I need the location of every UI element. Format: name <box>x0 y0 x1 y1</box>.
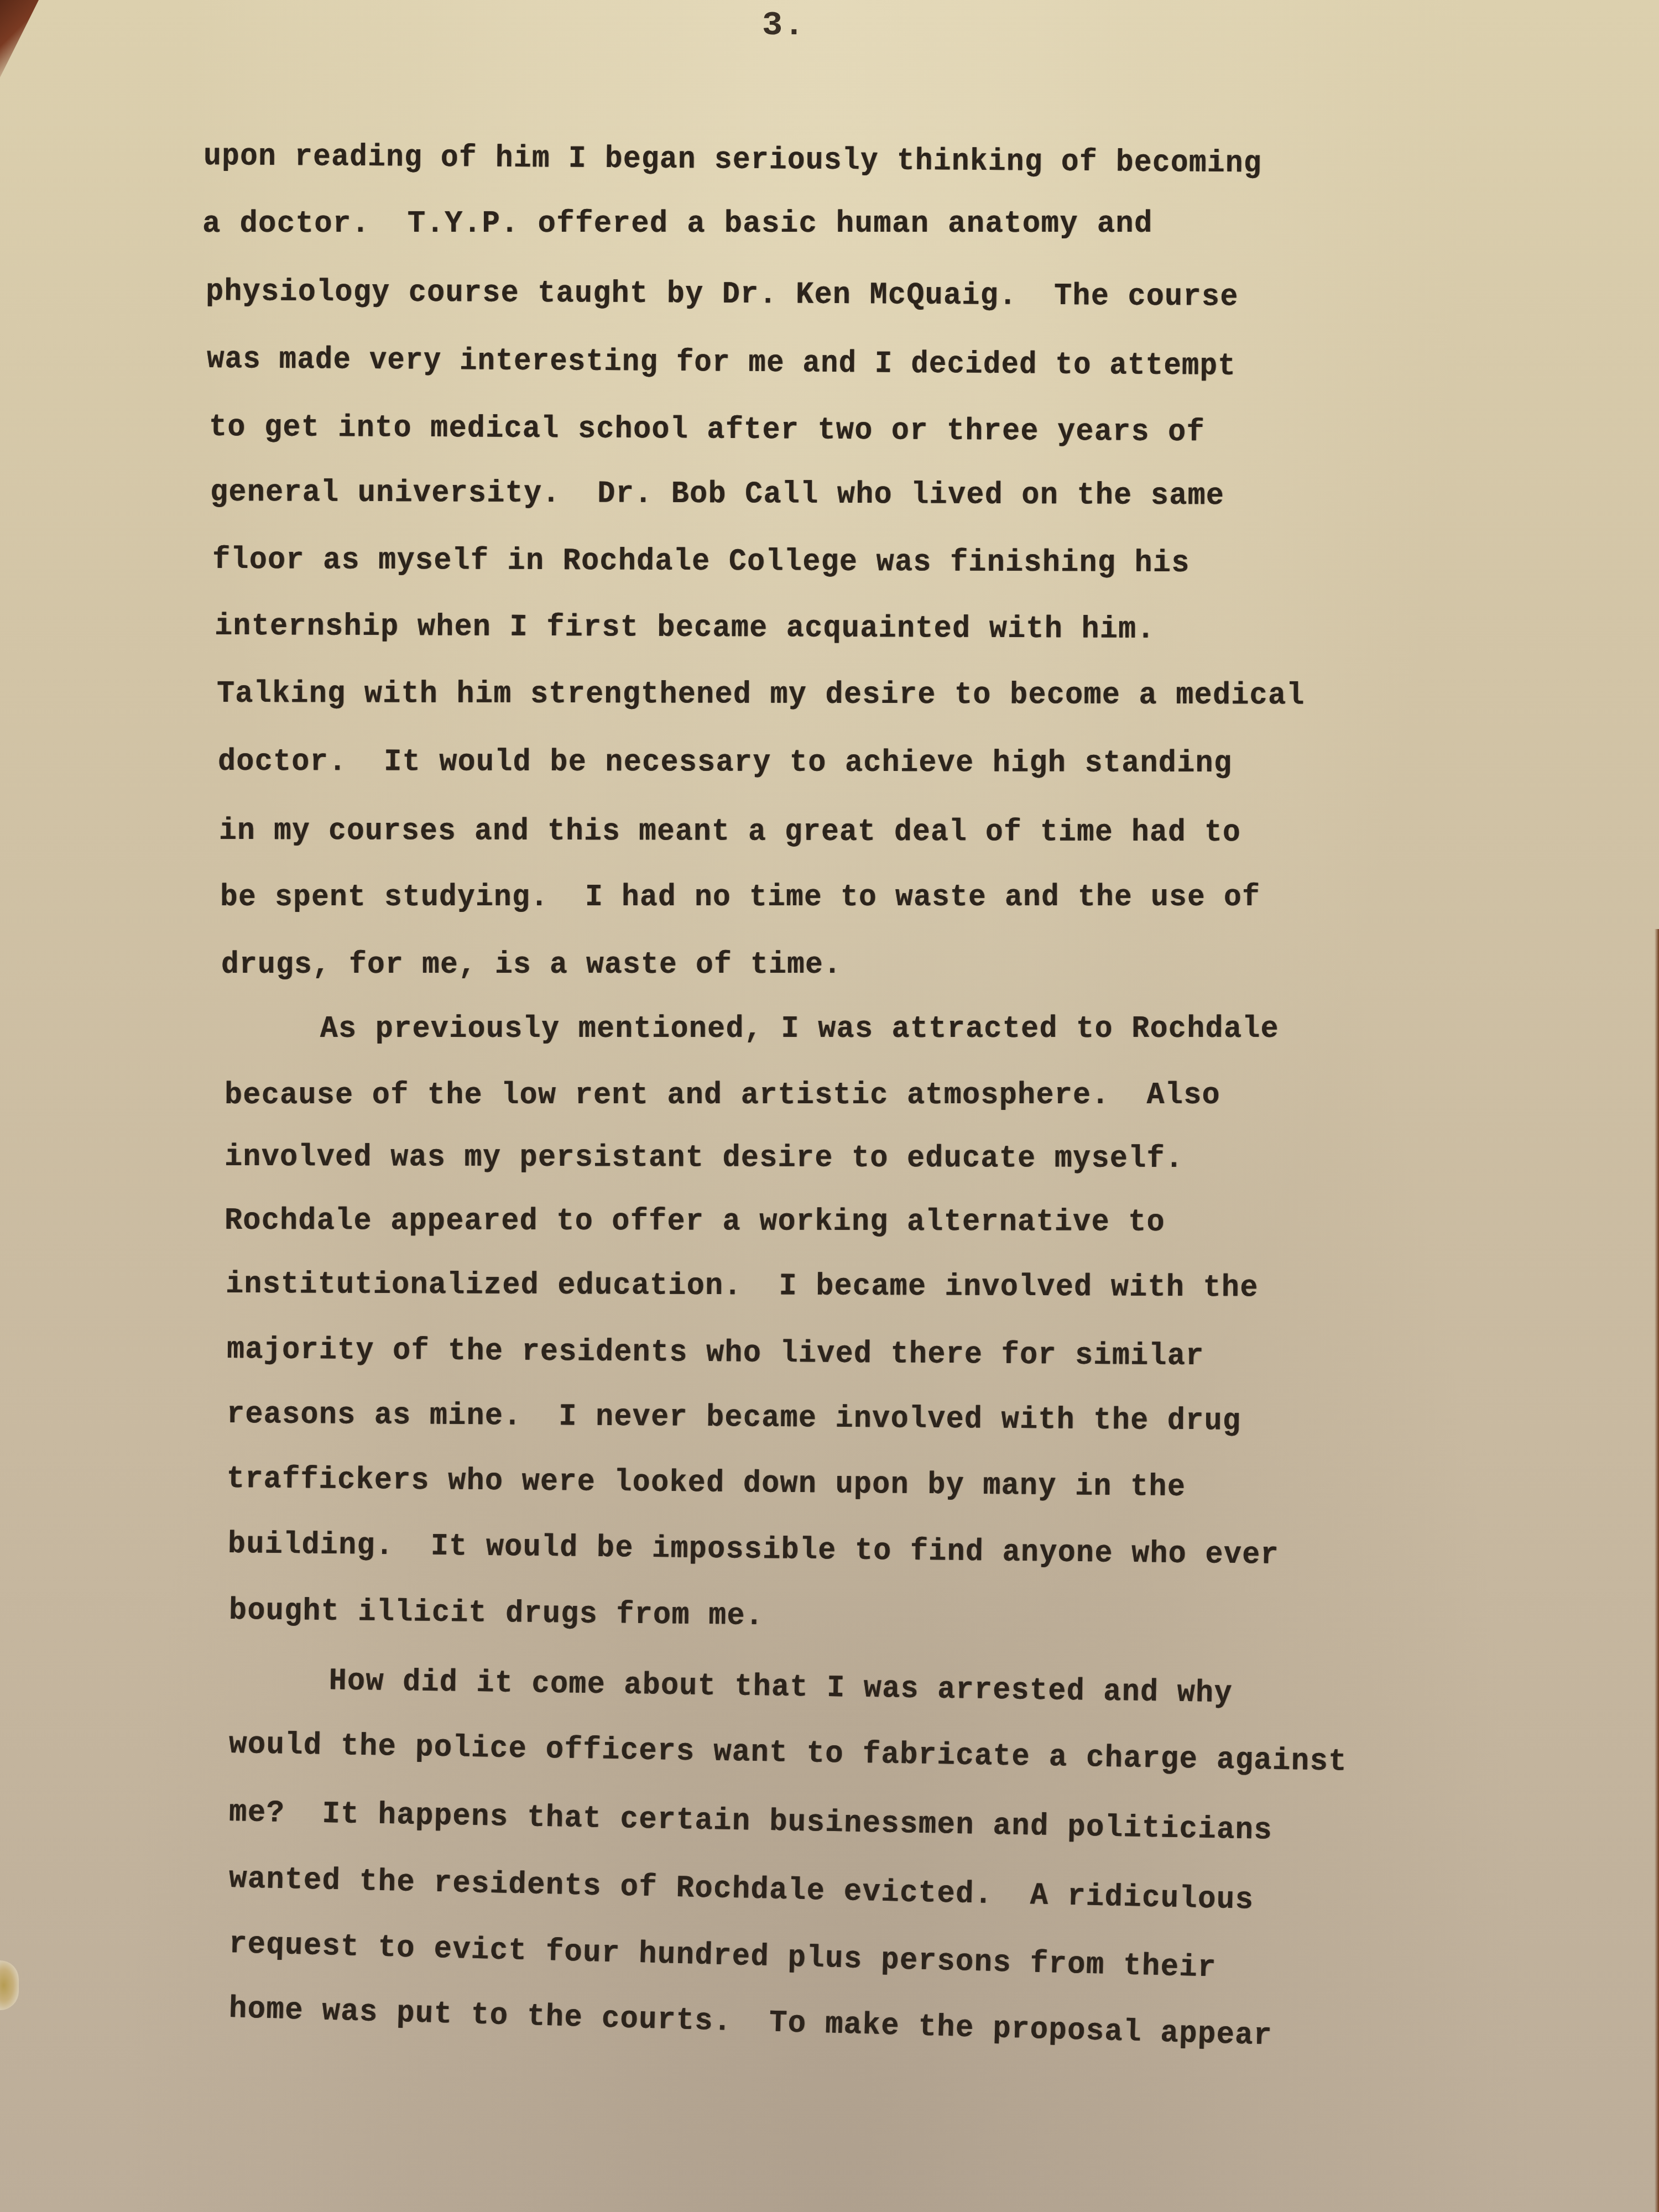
text-line: bought illicit drugs from me. <box>229 1593 764 1634</box>
text-line: internship when I first became acquainte… <box>215 608 1155 647</box>
text-line: As previously mentioned, I was attracted… <box>228 1011 1279 1046</box>
text-line: was made very interesting for me and I d… <box>207 341 1236 384</box>
text-line: reasons as mine. I never became involved… <box>227 1396 1241 1439</box>
text-line: How did it come about that I was arreste… <box>237 1662 1233 1711</box>
text-line: be spent studying. I had no time to wast… <box>220 879 1260 915</box>
text-line: involved was my persistant desire to edu… <box>225 1139 1183 1176</box>
text-line: Talking with him strengthened my desire … <box>217 676 1305 713</box>
text-line: traffickers who were looked down upon by… <box>227 1461 1186 1505</box>
text-line: Rochdale appeared to offer a working alt… <box>225 1203 1165 1240</box>
text-line: request to evict four hundred plus perso… <box>228 1926 1217 1986</box>
text-line: a doctor. T.Y.P. offered a basic human a… <box>202 206 1153 241</box>
text-line: floor as myself in Rochdale College was … <box>212 542 1190 581</box>
text-line: me? It happens that certain businessmen … <box>228 1794 1272 1848</box>
text-line: upon reading of him I began seriously th… <box>204 138 1262 181</box>
page-number: 3. <box>762 6 805 45</box>
typewritten-page: 3. upon reading of him I began seriously… <box>0 0 1659 2212</box>
binder-hole <box>0 1960 19 2010</box>
text-line: drugs, for me, is a waste of time. <box>221 947 842 982</box>
text-line: home was put to the courts. To make the … <box>228 1991 1272 2053</box>
text-line: because of the low rent and artistic atm… <box>225 1077 1220 1113</box>
background-corner <box>0 0 39 77</box>
text-line: wanted the residents of Rochdale evicted… <box>228 1861 1254 1918</box>
text-line: doctor. It would be necessary to achieve… <box>218 744 1232 781</box>
text-line: majority of the residents who lived ther… <box>227 1332 1204 1374</box>
text-line: physiology course taught by Dr. Ken McQu… <box>206 274 1239 315</box>
text-line: building. It would be impossible to find… <box>228 1526 1280 1573</box>
text-line: institutionalized education. I became in… <box>226 1266 1259 1306</box>
text-line: to get into medical school after two or … <box>209 409 1205 450</box>
text-line: in my courses and this meant a great dea… <box>219 813 1241 850</box>
page-edge-shadow <box>1655 929 1659 2212</box>
text-line: general university. Dr. Bob Call who liv… <box>210 474 1224 513</box>
text-line: would the police officers want to fabric… <box>228 1726 1347 1780</box>
